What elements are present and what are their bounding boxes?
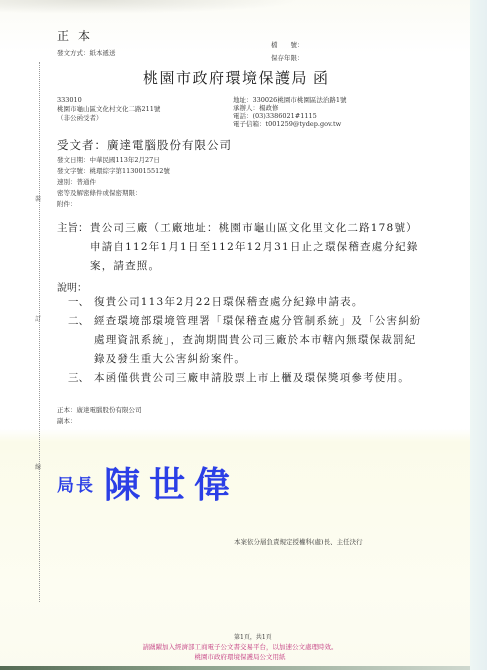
page-number: 第1頁，共1頁 [234, 632, 272, 641]
footer-line-1: 請踴躍加入經濟部工商電子公文書交易平台，以加速公文處理時效。 [90, 642, 390, 652]
sender-note: （非公函受者） [57, 114, 160, 123]
copy-recipient: 副本： [57, 416, 142, 427]
scan-bottom-edge [0, 666, 470, 670]
signature-name: 陳世偉 [104, 464, 239, 506]
binding-line [39, 62, 40, 602]
contact-block: 地址：330026桃園市桃園區法治路1號 承辦人：楊政修 電話：(03)3386… [233, 96, 346, 128]
sender-address: 桃園市龜山區文化村文化二路211號 [57, 105, 160, 114]
signature-stamp: 局長 陳世偉 [57, 457, 239, 508]
footer-line-2: 桃園市政府環境保護局公文用紙 [90, 652, 390, 662]
explanation-item: 二、 經查環境部環境管理署「環保稽查處分管制系統」及「公害糾紛處理資訊系統」，查… [68, 312, 428, 369]
handler: 承辦人：楊政修 [233, 104, 346, 112]
meta-block: 發文日期：中華民國113年2月27日 發文字號：桃環綜字第1130015512號… [57, 155, 170, 210]
item-number: 三、 [68, 369, 89, 388]
speed: 速別：普通件 [57, 177, 170, 188]
subject-label: 主旨： [57, 219, 89, 238]
signature-title: 局長 [57, 476, 95, 496]
binding-mark: 裝 [35, 194, 41, 203]
phone: 電話：(03)3386021#1115 [233, 112, 346, 120]
item-text: 經查環境部環境管理署「環保稽查處分管制系統」及「公害糾紛處理資訊系統」，查詢期間… [94, 315, 422, 365]
issue-date: 發文日期：中華民國113年2月27日 [57, 155, 170, 166]
postal-code: 333010 [57, 96, 160, 105]
authority-note: 本案依分層負責規定授權科(處)長、主任決行 [234, 537, 363, 546]
email: 電子信箱：t001259@tydep.gov.tw [233, 120, 346, 128]
doc-number: 發文字號：桃環綜字第1130015512號 [57, 166, 170, 177]
explanation-item: 一、 復貴公司113年2月22日環保稽查處分紀錄申請表。 [68, 293, 428, 312]
original-recipient: 正本：廣達電腦股份有限公司 [57, 405, 142, 416]
secrecy: 密等及解密條件或保密期限： [57, 188, 170, 199]
scan-shadow [0, 0, 300, 14]
item-text: 本函僅供貴公司三廠申請股票上市上櫃及環保獎項參考使用。 [94, 372, 410, 384]
explanation-list: 一、 復貴公司113年2月22日環保稽查處分紀錄申請表。 二、 經查環境部環境管… [68, 293, 428, 388]
subject-text: 貴公司三廠（工廠地址：桃園市龜山區文化里文化二路178號）申請自112年1月1日… [90, 219, 427, 276]
agency-title: 桃園市政府環境保護局 [143, 67, 308, 88]
subject-block: 主旨： 貴公司三廠（工廠地址：桃園市龜山區文化里文化二路178號）申請自112年… [57, 219, 427, 276]
explanation-item: 三、 本函僅供貴公司三廠申請股票上市上櫃及環保獎項參考使用。 [68, 369, 428, 388]
agency-address: 地址：330026桃園市桃園區法治路1號 [233, 96, 346, 104]
distribution-block: 正本：廣達電腦股份有限公司 副本： [57, 405, 142, 427]
recipient: 受文者：廣達電腦股份有限公司 [57, 137, 232, 153]
item-number: 一、 [68, 293, 89, 312]
footer: 請踴躍加入經濟部工商電子公文書交易平台，以加速公文處理時效。 桃園市政府環境保護… [90, 642, 390, 662]
item-text: 復貴公司113年2月22日環保稽查處分紀錄申請表。 [94, 296, 364, 308]
doc-kind: 函 [313, 67, 328, 88]
file-number-label: 檔 號： [271, 40, 304, 49]
copy-type: 正本 [57, 27, 99, 44]
attachment: 附件： [57, 199, 170, 210]
sender-address-block: 333010 桃園市龜山區文化村文化二路211號 （非公函受者） [57, 96, 160, 123]
binding-mark: 線 [35, 462, 41, 471]
item-number: 二、 [68, 312, 89, 331]
retention-label: 保存年限： [271, 53, 304, 62]
document-page: 裝 訂 線 正本 發文方式：紙本遞送 檔 號： 保存年限： 桃園市政府環境保護局… [0, 0, 470, 670]
scan-edge [470, 0, 487, 670]
delivery-method: 發文方式：紙本遞送 [57, 48, 116, 57]
explanation-label: 說明： [57, 279, 87, 294]
binding-mark: 訂 [35, 314, 41, 323]
